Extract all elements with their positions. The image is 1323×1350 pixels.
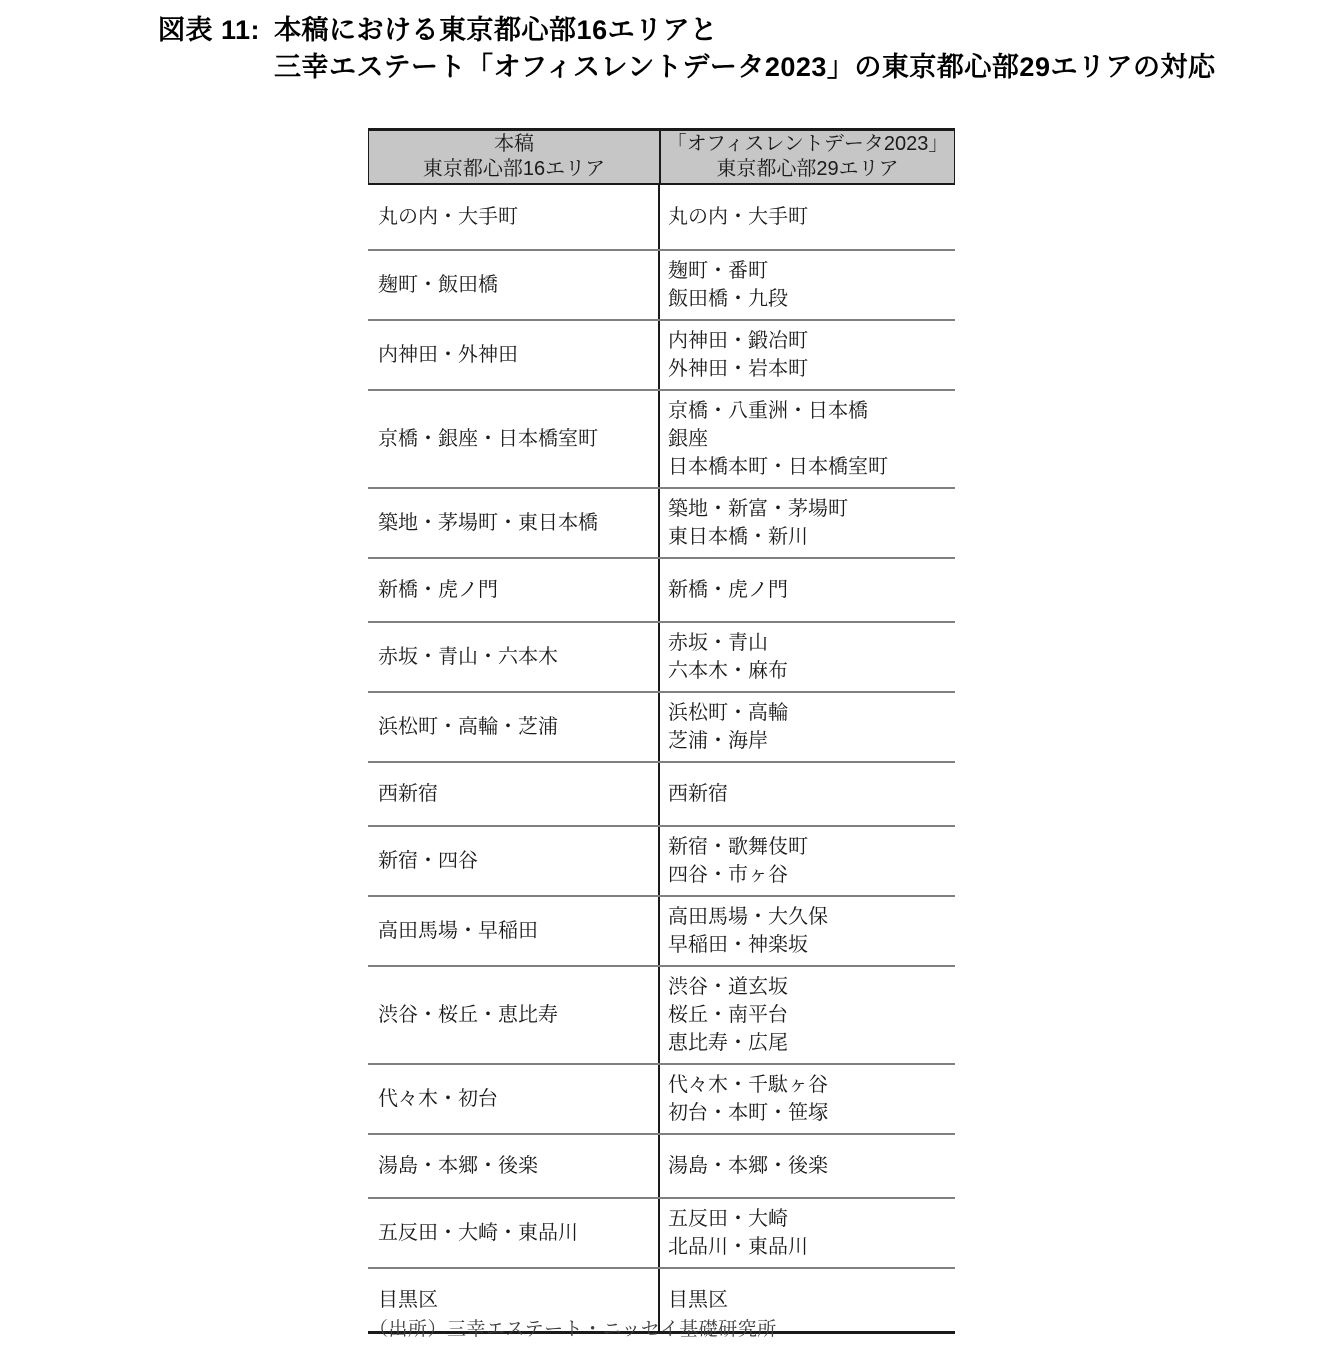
table-row: 麹町・飯田橋 麹町・番町飯田橋・九段	[368, 249, 955, 319]
area29-line: 外神田・岩本町	[668, 355, 949, 383]
areas29-cell: 新宿・歌舞伎町四谷・市ヶ谷	[660, 827, 955, 895]
areas29-cell: 湯島・本郷・後楽	[660, 1135, 955, 1197]
area16-cell: 高田馬場・早稲田	[368, 897, 660, 965]
area29-line: 京橋・八重洲・日本橋	[668, 397, 949, 425]
area29-line: 新橋・虎ノ門	[668, 576, 949, 604]
table-row: 赤坂・青山・六本木 赤坂・青山六本木・麻布	[368, 621, 955, 691]
header-29-line-2: 東京都心部29エリア	[661, 157, 954, 182]
area-correspondence-table: 本稿 東京都心部16エリア 「オフィスレントデータ2023」 東京都心部29エリ…	[368, 128, 955, 1334]
area16-cell: 湯島・本郷・後楽	[368, 1135, 660, 1197]
area29-line: 恵比寿・広尾	[668, 1029, 949, 1057]
page: 図表 11: 本稿における東京都心部16エリアと 三幸エステート「オフィスレント…	[0, 0, 1323, 1350]
table-body: 丸の内・大手町 丸の内・大手町 麹町・飯田橋 麹町・番町飯田橋・九段 内神田・外…	[368, 185, 955, 1331]
area29-line: 日本橋本町・日本橋室町	[668, 453, 949, 481]
area29-line: 麹町・番町	[668, 257, 949, 285]
table-header-row: 本稿 東京都心部16エリア 「オフィスレントデータ2023」 東京都心部29エリ…	[368, 131, 955, 185]
area29-line: 早稲田・神楽坂	[668, 931, 949, 959]
areas29-cell: 渋谷・道玄坂桜丘・南平台恵比寿・広尾	[660, 967, 955, 1063]
table-row: 渋谷・桜丘・恵比寿 渋谷・道玄坂桜丘・南平台恵比寿・広尾	[368, 965, 955, 1063]
area29-line: 飯田橋・九段	[668, 285, 949, 313]
area29-line: 芝浦・海岸	[668, 727, 949, 755]
area29-line: 桜丘・南平台	[668, 1001, 949, 1029]
area29-line: 丸の内・大手町	[668, 203, 949, 231]
table-row: 湯島・本郷・後楽 湯島・本郷・後楽	[368, 1133, 955, 1197]
area16-cell: 築地・茅場町・東日本橋	[368, 489, 660, 557]
table-row: 新宿・四谷 新宿・歌舞伎町四谷・市ヶ谷	[368, 825, 955, 895]
area29-line: 浜松町・高輪	[668, 699, 949, 727]
source-note: （出所）三幸エステート・ニッセイ基礎研究所	[369, 1314, 777, 1341]
header-16-line-1: 本稿	[369, 132, 659, 157]
header-16-line-2: 東京都心部16エリア	[369, 157, 659, 182]
header-cell-16-areas: 本稿 東京都心部16エリア	[369, 131, 661, 183]
area16-cell: 麹町・飯田橋	[368, 251, 660, 319]
area29-line: 四谷・市ヶ谷	[668, 861, 949, 889]
area29-line: 高田馬場・大久保	[668, 903, 949, 931]
table-row: 浜松町・高輪・芝浦 浜松町・高輪芝浦・海岸	[368, 691, 955, 761]
area16-cell: 五反田・大崎・東品川	[368, 1199, 660, 1267]
header-cell-29-areas: 「オフィスレントデータ2023」 東京都心部29エリア	[661, 131, 954, 183]
areas29-cell: 浜松町・高輪芝浦・海岸	[660, 693, 955, 761]
area29-line: 銀座	[668, 425, 949, 453]
areas29-cell: 赤坂・青山六本木・麻布	[660, 623, 955, 691]
area16-cell: 渋谷・桜丘・恵比寿	[368, 967, 660, 1063]
area16-cell: 京橋・銀座・日本橋室町	[368, 391, 660, 487]
area16-cell: 新宿・四谷	[368, 827, 660, 895]
area29-line: 東日本橋・新川	[668, 523, 949, 551]
area16-cell: 西新宿	[368, 763, 660, 825]
area16-cell: 新橋・虎ノ門	[368, 559, 660, 621]
area29-line: 築地・新富・茅場町	[668, 495, 949, 523]
areas29-cell: 代々木・千駄ヶ谷初台・本町・笹塚	[660, 1065, 955, 1133]
area29-line: 西新宿	[668, 780, 949, 808]
area16-cell: 赤坂・青山・六本木	[368, 623, 660, 691]
table-row: 西新宿 西新宿	[368, 761, 955, 825]
area29-line: 目黒区	[668, 1286, 949, 1314]
area29-line: 代々木・千駄ヶ谷	[668, 1071, 949, 1099]
area29-line: 六本木・麻布	[668, 657, 949, 685]
areas29-cell: 丸の内・大手町	[660, 185, 955, 249]
area16-cell: 内神田・外神田	[368, 321, 660, 389]
area16-cell: 丸の内・大手町	[368, 185, 660, 249]
area29-line: 初台・本町・笹塚	[668, 1099, 949, 1127]
areas29-cell: 五反田・大崎北品川・東品川	[660, 1199, 955, 1267]
area29-line: 湯島・本郷・後楽	[668, 1152, 949, 1180]
figure-number-label: 図表 11:	[158, 12, 260, 49]
areas29-cell: 築地・新富・茅場町東日本橋・新川	[660, 489, 955, 557]
area29-line: 渋谷・道玄坂	[668, 973, 949, 1001]
areas29-cell: 内神田・鍛冶町外神田・岩本町	[660, 321, 955, 389]
figure-title-line-2: 三幸エステート「オフィスレントデータ2023」の東京都心部29エリアの対応	[274, 49, 1215, 86]
table-row: 五反田・大崎・東品川 五反田・大崎北品川・東品川	[368, 1197, 955, 1267]
areas29-cell: 西新宿	[660, 763, 955, 825]
areas29-cell: 京橋・八重洲・日本橋銀座日本橋本町・日本橋室町	[660, 391, 955, 487]
table-row: 新橋・虎ノ門 新橋・虎ノ門	[368, 557, 955, 621]
figure-title: 図表 11: 本稿における東京都心部16エリアと 三幸エステート「オフィスレント…	[158, 12, 1215, 86]
table-row: 内神田・外神田 内神田・鍛冶町外神田・岩本町	[368, 319, 955, 389]
figure-title-line-1: 本稿における東京都心部16エリアと	[274, 12, 1215, 49]
table-row: 高田馬場・早稲田 高田馬場・大久保早稲田・神楽坂	[368, 895, 955, 965]
area29-line: 赤坂・青山	[668, 629, 949, 657]
table-row: 京橋・銀座・日本橋室町 京橋・八重洲・日本橋銀座日本橋本町・日本橋室町	[368, 389, 955, 487]
areas29-cell: 高田馬場・大久保早稲田・神楽坂	[660, 897, 955, 965]
table-row: 代々木・初台 代々木・千駄ヶ谷初台・本町・笹塚	[368, 1063, 955, 1133]
table-row: 築地・茅場町・東日本橋 築地・新富・茅場町東日本橋・新川	[368, 487, 955, 557]
area16-cell: 代々木・初台	[368, 1065, 660, 1133]
area29-line: 北品川・東品川	[668, 1233, 949, 1261]
area29-line: 五反田・大崎	[668, 1205, 949, 1233]
area16-cell: 浜松町・高輪・芝浦	[368, 693, 660, 761]
area29-line: 内神田・鍛冶町	[668, 327, 949, 355]
table-row: 丸の内・大手町 丸の内・大手町	[368, 185, 955, 249]
header-29-line-1: 「オフィスレントデータ2023」	[661, 132, 954, 157]
areas29-cell: 麹町・番町飯田橋・九段	[660, 251, 955, 319]
area29-line: 新宿・歌舞伎町	[668, 833, 949, 861]
areas29-cell: 新橋・虎ノ門	[660, 559, 955, 621]
figure-title-text: 本稿における東京都心部16エリアと 三幸エステート「オフィスレントデータ2023…	[274, 12, 1215, 86]
